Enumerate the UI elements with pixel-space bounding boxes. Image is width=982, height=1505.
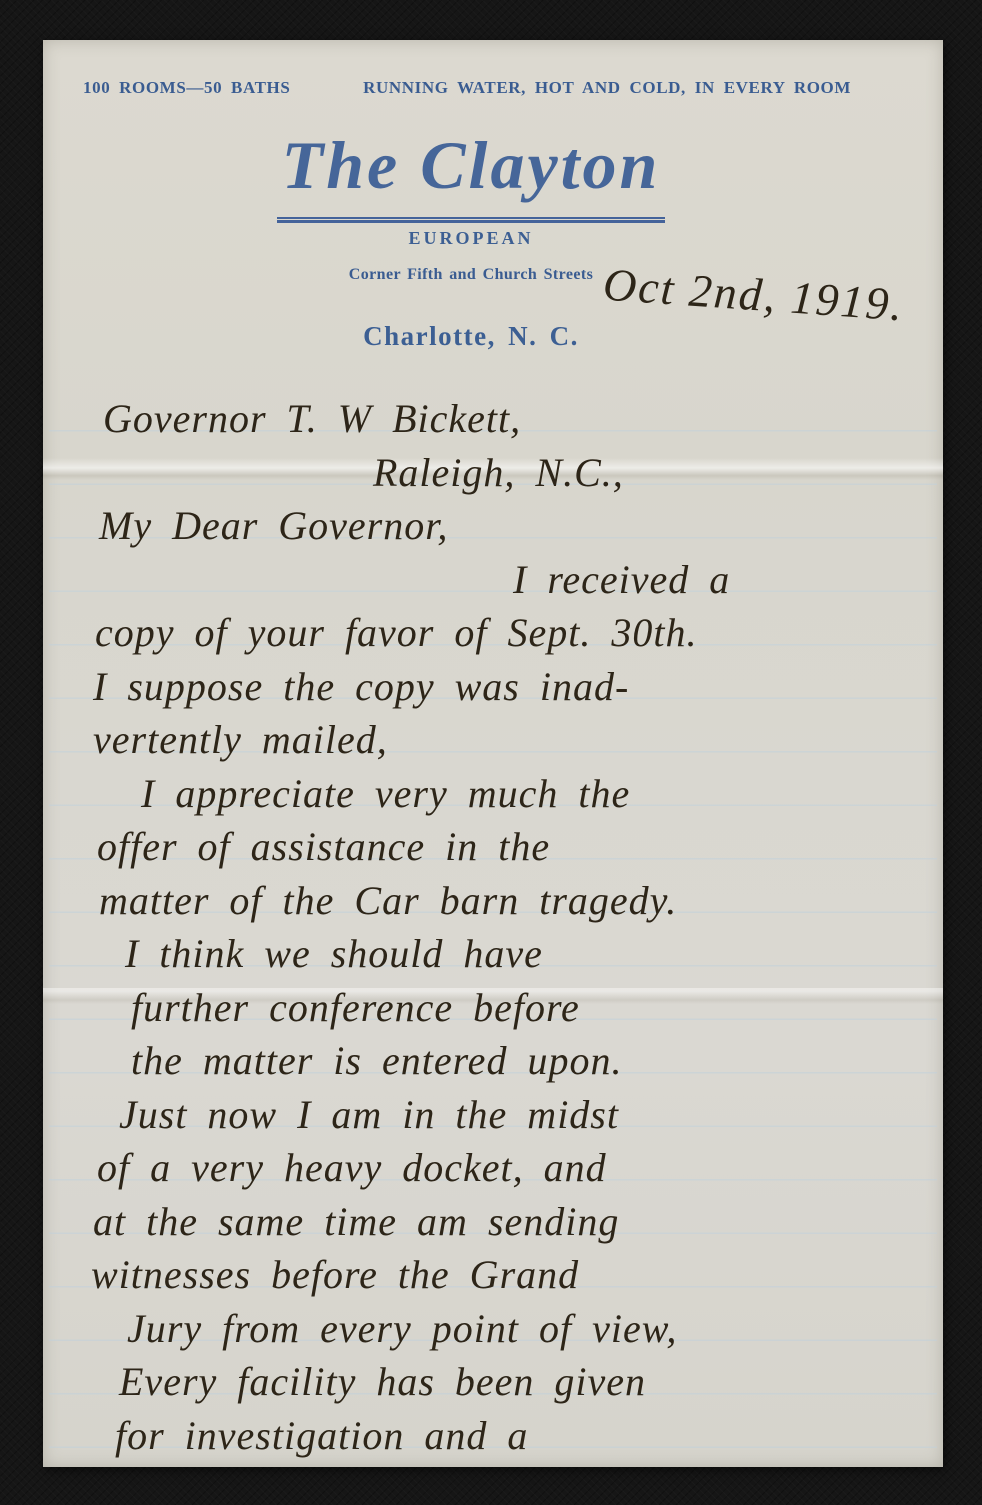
double-rule-divider bbox=[277, 217, 665, 223]
letterhead-plan: EUROPEAN bbox=[43, 228, 899, 249]
letterhead-rooms-note: 100 ROOMS—50 BATHS bbox=[83, 78, 290, 98]
handwritten-line-recipient-city: Raleigh, N.C., bbox=[373, 446, 923, 500]
letterhead-amenities-note: RUNNING WATER, HOT AND COLD, IN EVERY RO… bbox=[363, 78, 851, 98]
letter-page: 100 ROOMS—50 BATHS RUNNING WATER, HOT AN… bbox=[43, 40, 943, 1467]
handwritten-line: I received a bbox=[513, 553, 923, 607]
handwritten-line: Every facility has been given bbox=[119, 1355, 923, 1409]
letterhead-city: Charlotte, N. C. bbox=[43, 321, 899, 352]
handwritten-line: witnesses before the Grand bbox=[91, 1248, 923, 1302]
hotel-name: The Clayton bbox=[43, 126, 899, 205]
handwritten-line-salutation: My Dear Governor, bbox=[99, 499, 923, 553]
letterhead-top-notes: 100 ROOMS—50 BATHS RUNNING WATER, HOT AN… bbox=[43, 78, 899, 98]
handwritten-line: vertently mailed, bbox=[93, 713, 923, 767]
handwritten-line: I suppose the copy was inad- bbox=[93, 660, 923, 714]
handwritten-line: Just now I am in the midst bbox=[119, 1088, 923, 1142]
handwritten-line-recipient: Governor T. W Bickett, bbox=[103, 392, 923, 446]
handwritten-line: of a very heavy docket, and bbox=[97, 1141, 923, 1195]
handwritten-line: further conference before bbox=[131, 981, 923, 1035]
handwritten-line: copy of your favor of Sept. 30th. bbox=[95, 606, 923, 660]
handwritten-line: the matter is entered upon. bbox=[131, 1034, 923, 1088]
letter-body: Governor T. W Bickett, Raleigh, N.C., My… bbox=[83, 392, 923, 1462]
scanned-letter-background: { "letterhead": { "left_note": "100 ROOM… bbox=[0, 0, 982, 1505]
handwritten-line: matter of the Car barn tragedy. bbox=[99, 874, 923, 928]
handwritten-line: Jury from every point of view, bbox=[127, 1302, 923, 1356]
handwritten-line: I think we should have bbox=[125, 927, 923, 981]
handwritten-line: at the same time am sending bbox=[93, 1195, 923, 1249]
handwritten-line: I appreciate very much the bbox=[141, 767, 923, 821]
handwritten-line: for investigation and a bbox=[115, 1409, 923, 1463]
handwritten-line: offer of assistance in the bbox=[97, 820, 923, 874]
